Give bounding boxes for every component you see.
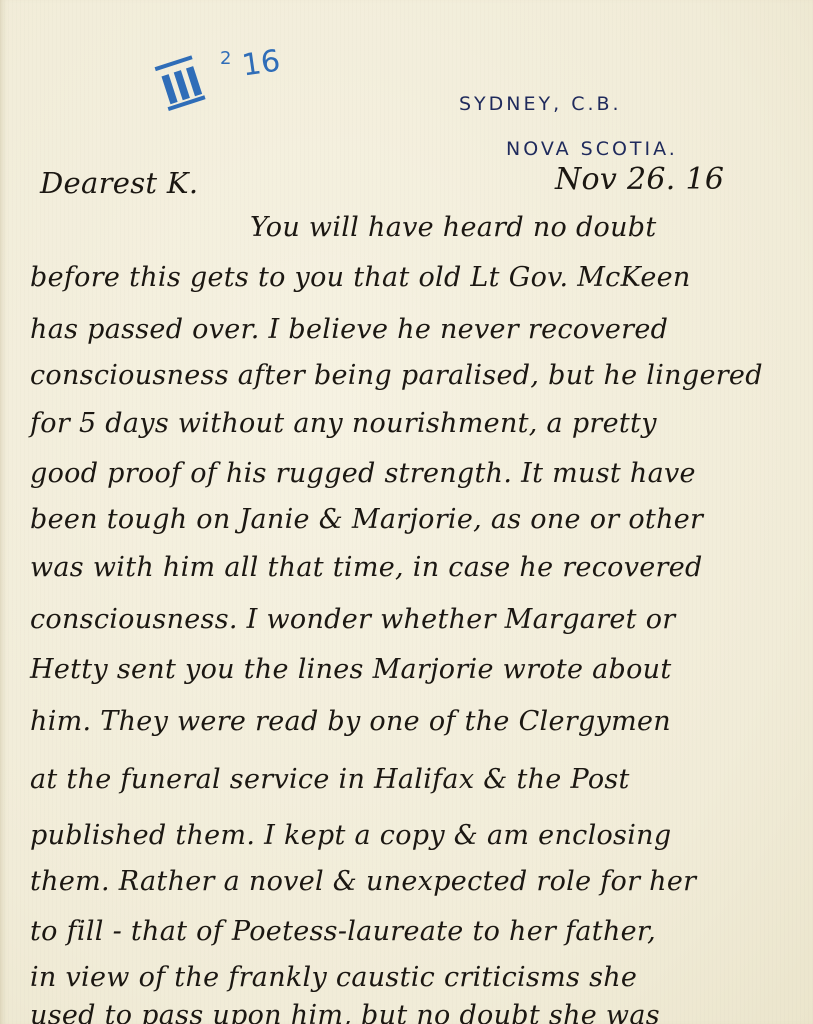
letter-date: Nov 26. 16 bbox=[555, 162, 724, 197]
body-line: published them. I kept a copy & am enclo… bbox=[30, 820, 671, 851]
letter-page: III 2 16 SYDNEY, C.B. NOVA SCOTIA. Nov 2… bbox=[0, 0, 813, 1024]
archive-roman-numeral: III bbox=[156, 59, 207, 115]
body-line: for 5 days without any nourishment, a pr… bbox=[30, 408, 657, 439]
body-line: at the funeral service in Halifax & the … bbox=[30, 764, 630, 795]
body-line: good proof of his rugged strength. It mu… bbox=[30, 458, 696, 489]
letter-salutation: Dearest K. bbox=[40, 166, 198, 200]
body-line: them. Rather a novel & unexpected role f… bbox=[30, 866, 696, 897]
body-line: has passed over. I believe he never reco… bbox=[30, 314, 668, 345]
body-line: in view of the frankly caustic criticism… bbox=[30, 962, 637, 993]
body-line: consciousness after being paralised, but… bbox=[30, 360, 763, 391]
body-line: before this gets to you that old Lt Gov.… bbox=[30, 262, 691, 293]
body-line: was with him all that time, in case he r… bbox=[30, 552, 703, 583]
body-line: Hetty sent you the lines Marjorie wrote … bbox=[30, 654, 672, 685]
archive-superscript: 2 bbox=[220, 48, 231, 69]
letterhead-city: SYDNEY, C.B. bbox=[459, 93, 622, 115]
body-line: used to pass upon him, but no doubt she … bbox=[30, 1000, 660, 1024]
archive-number: 16 bbox=[240, 44, 283, 84]
body-line: him. They were read by one of the Clergy… bbox=[30, 706, 671, 737]
body-line: consciousness. I wonder whether Margaret… bbox=[30, 604, 675, 635]
body-line: to fill - that of Poetess-laureate to he… bbox=[30, 916, 656, 947]
body-line: You will have heard no doubt bbox=[250, 212, 657, 243]
letterhead-province: NOVA SCOTIA. bbox=[506, 138, 678, 160]
body-line: been tough on Janie & Marjorie, as one o… bbox=[30, 504, 703, 535]
